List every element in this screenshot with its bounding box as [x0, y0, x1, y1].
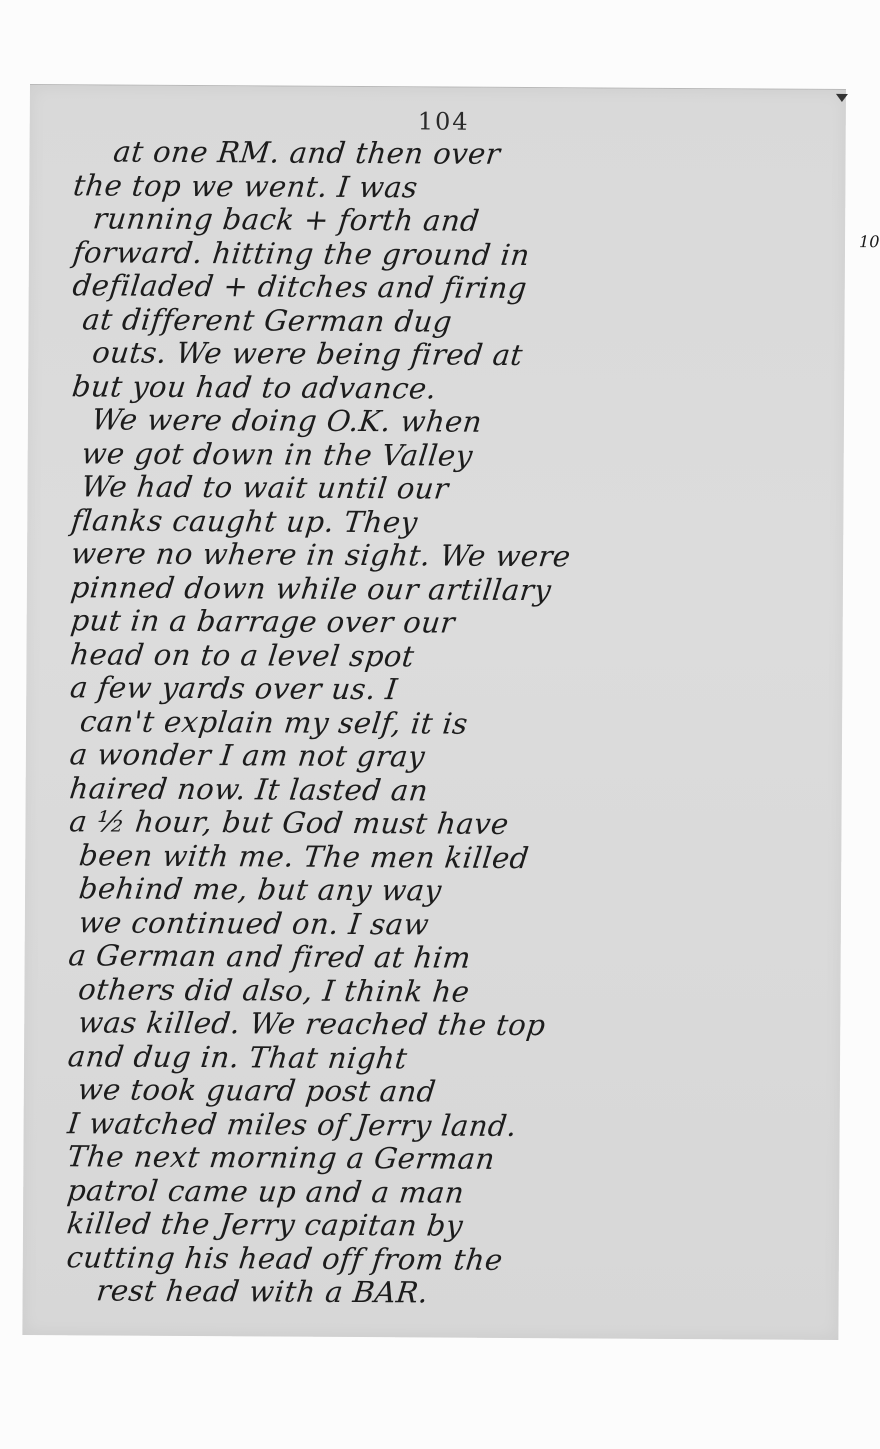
handwritten-text-body: at one RM. and then overthe top we went.…	[67, 135, 834, 1312]
handwritten-line: The next morning a German	[66, 1140, 830, 1178]
handwritten-line: outs. We were being fired at	[70, 336, 834, 374]
scanned-page: 104 10 at one RM. and then overthe top w…	[0, 0, 880, 1449]
handwritten-line: we took guard post and	[66, 1073, 830, 1111]
handwritten-line: killed the Jerry capitan by	[65, 1207, 829, 1245]
handwritten-line: at one RM. and then over	[72, 135, 836, 173]
handwritten-line: put in a barrage over our	[69, 604, 833, 642]
margin-page-number: 10	[859, 232, 879, 251]
handwritten-line: behind me, but any way	[67, 872, 831, 910]
page-number: 104	[418, 107, 470, 135]
handwritten-line: was killed. We reached the top	[66, 1006, 830, 1044]
corner-tear-mark	[836, 94, 848, 102]
handwritten-line: were no where in sight. We were	[69, 537, 833, 575]
handwritten-line: rest head with a BAR.	[65, 1274, 829, 1312]
handwritten-line: a German and fired at him	[67, 939, 831, 977]
handwritten-line: a wonder I am not gray	[68, 738, 832, 776]
handwritten-line: defiladed + ditches and firing	[71, 269, 835, 307]
handwritten-letter-sheet: 104 10 at one RM. and then overthe top w…	[22, 84, 846, 1340]
handwritten-line: a few yards over us. I	[68, 671, 832, 709]
handwritten-line: We were doing O.K. when	[70, 403, 834, 441]
handwritten-line: running back + forth and	[71, 202, 835, 240]
handwritten-line: We had to wait until our	[70, 470, 834, 508]
handwritten-line: a ½ hour, but God must have	[68, 805, 832, 843]
